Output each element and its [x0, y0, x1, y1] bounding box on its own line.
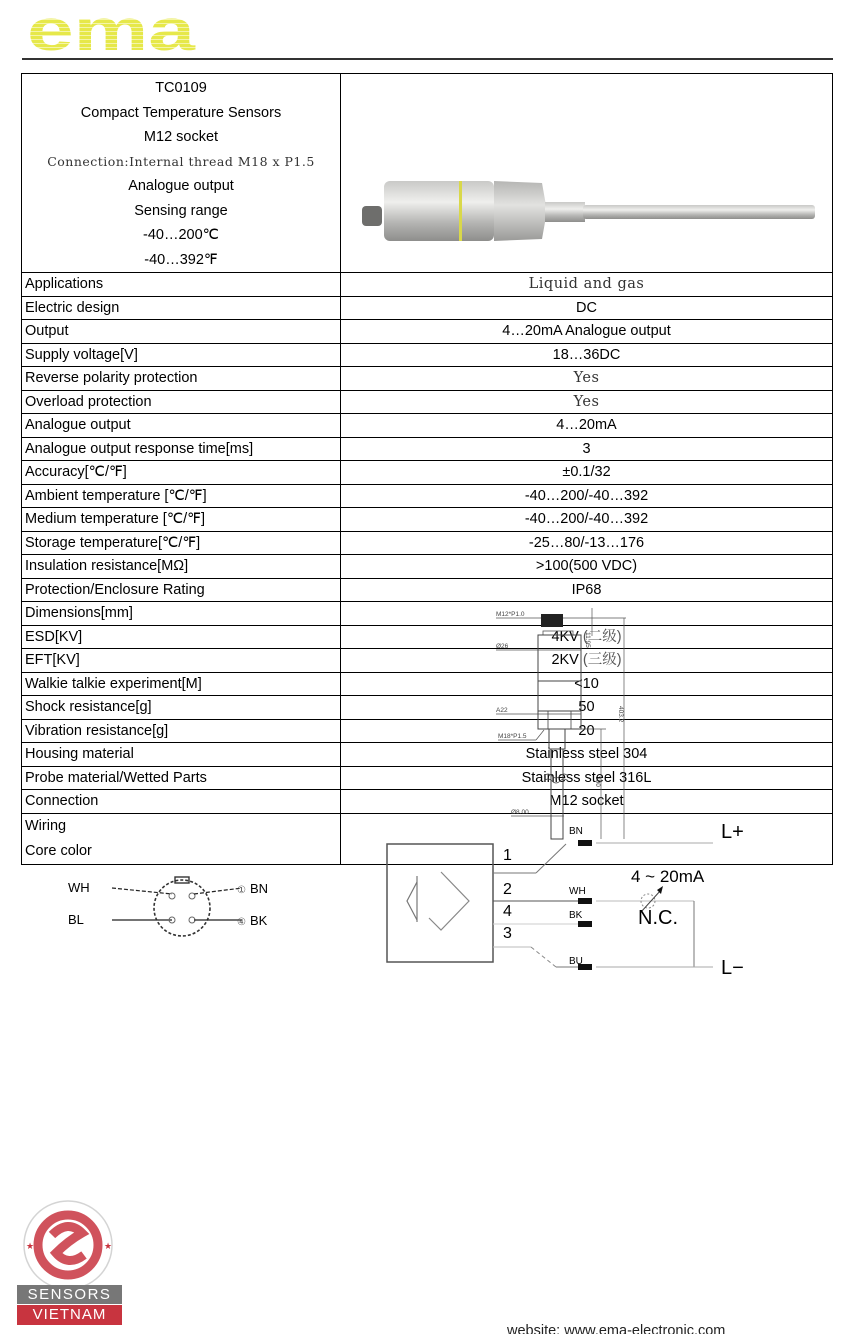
svg-text:1: 1 — [503, 847, 512, 864]
svg-text:L+: L+ — [721, 821, 744, 843]
spec-value: -40…200/-40…392 — [341, 508, 833, 532]
product-intro: TC0109 Compact Temperature Sensors M12 s… — [22, 74, 341, 273]
ema-logo: ema — [27, 8, 197, 54]
svg-text:3: 3 — [503, 925, 512, 942]
m12-connector-pinout-icon: WH BL ① BN ④ BK — [22, 866, 322, 956]
spec-label: Applications — [22, 273, 341, 297]
spec-row: Accuracy[℃/℉]±0.1/32 — [22, 461, 833, 485]
svg-text:WH: WH — [68, 880, 90, 895]
product-title: Compact Temperature Sensors — [25, 101, 337, 126]
spec-row: Analogue output response time[ms]3 — [22, 437, 833, 461]
spec-label: Accuracy[℃/℉] — [22, 461, 341, 485]
spec-label: Supply voltage[V] — [22, 343, 341, 367]
wiring-diagram-icon: 1 2 4 3 BN WH BK BU — [341, 814, 833, 986]
spec-row: Ambient temperature [℃/℉]-40…200/-40…392 — [22, 484, 833, 508]
svg-text:2: 2 — [503, 881, 512, 898]
spec-label: Walkie talkie experiment[M] — [22, 672, 341, 696]
svg-text:4 ~ 20mA: 4 ~ 20mA — [631, 867, 705, 886]
spec-value: 4…20mA — [341, 414, 833, 438]
intro-row: TC0109 Compact Temperature Sensors M12 s… — [22, 74, 833, 273]
spec-row: ConnectionM12 socket — [22, 790, 833, 814]
spec-label: EFT[KV] — [22, 649, 341, 673]
spec-row: Insulation resistance[MΩ]>100(500 VDC) — [22, 555, 833, 579]
svg-text:N.C.: N.C. — [638, 907, 678, 929]
svg-text:①: ① — [237, 885, 246, 896]
spec-label: Reverse polarity protection — [22, 367, 341, 391]
watermark-vietnam-label: VIETNAM — [17, 1305, 122, 1325]
spec-row: Storage temperature[℃/℉]-25…80/-13…176 — [22, 531, 833, 555]
spec-row: Overload protectionYes — [22, 390, 833, 414]
spec-row: Electric designDC — [22, 296, 833, 320]
spec-value: >100(500 VDC) — [341, 555, 833, 579]
header-rule — [22, 58, 833, 60]
spec-label: Probe material/Wetted Parts — [22, 766, 341, 790]
core-color-label: Core color — [25, 839, 337, 864]
range-fahrenheit: -40…392℉ — [25, 248, 337, 273]
spec-row: Vibration resistance[g]20 — [22, 719, 833, 743]
spec-row: Supply voltage[V]18…36DC — [22, 343, 833, 367]
spec-label: Overload protection — [22, 390, 341, 414]
watermark-sensors-label: SENSORS — [17, 1285, 122, 1304]
svg-text:BK: BK — [569, 910, 583, 921]
spec-row: ApplicationsLiquid and gas — [22, 273, 833, 297]
svg-text:M18*P1.5: M18*P1.5 — [498, 733, 527, 740]
svg-text:④: ④ — [237, 917, 246, 928]
range-celsius: -40…200℃ — [25, 223, 337, 248]
wiring-label: Wiring — [25, 814, 337, 839]
socket-type: M12 socket — [25, 125, 337, 150]
svg-text:A22: A22 — [496, 707, 508, 714]
spec-row: Housing materialStainless steel 304 — [22, 743, 833, 767]
connection-thread: Connection:Internal thread M18 x P1.5 — [25, 150, 337, 175]
spec-label: Insulation resistance[MΩ] — [22, 555, 341, 579]
spec-value: Yes — [341, 390, 833, 414]
svg-text:300: 300 — [594, 776, 601, 787]
spec-row: Reverse polarity protectionYes — [22, 367, 833, 391]
svg-text:★: ★ — [104, 1241, 112, 1251]
svg-text:BK: BK — [250, 913, 268, 928]
dimension-drawing-cell: M12*P1.0 11.95 Ø26 A22 M18*P1.5 — [341, 602, 833, 626]
spec-value: -40…200/-40…392 — [341, 484, 833, 508]
svg-text:WH: WH — [569, 886, 586, 897]
spec-value: 3 — [341, 437, 833, 461]
spec-label: Medium temperature [℃/℉] — [22, 508, 341, 532]
spec-row: Medium temperature [℃/℉]-40…200/-40…392 — [22, 508, 833, 532]
svg-text:M12*P1.0: M12*P1.0 — [496, 611, 525, 618]
spec-value: ±0.1/32 — [341, 461, 833, 485]
spec-value: Yes — [341, 367, 833, 391]
spec-value: 18…36DC — [341, 343, 833, 367]
wiring-label-cell: Wiring Core color WH BL ① BN ④ BK — [22, 813, 341, 864]
spec-value: Liquid and gas — [341, 273, 833, 297]
spec-label: Analogue output response time[ms] — [22, 437, 341, 461]
spec-label: Storage temperature[℃/℉] — [22, 531, 341, 555]
spec-label: Ambient temperature [℃/℉] — [22, 484, 341, 508]
spec-label: Electric design — [22, 296, 341, 320]
product-photo-cell — [341, 74, 833, 273]
spec-label: Shock resistance[g] — [22, 696, 341, 720]
spec-row: Shock resistance[g]50 — [22, 696, 833, 720]
wiring-diagram-cell: 1 2 4 3 BN WH BK BU — [341, 813, 833, 864]
spec-value: IP68 — [341, 578, 833, 602]
spec-label: Analogue output — [22, 414, 341, 438]
spec-label: ESD[KV] — [22, 625, 341, 649]
spec-value: 4…20mA Analogue output — [341, 320, 833, 344]
spec-row: Walkie talkie experiment[M]<10 — [22, 672, 833, 696]
spec-label: Housing material — [22, 743, 341, 767]
svg-text:BN: BN — [569, 826, 583, 837]
spec-label: Vibration resistance[g] — [22, 719, 341, 743]
range-label: Sensing range — [25, 199, 337, 224]
svg-text:11.95: 11.95 — [584, 632, 591, 648]
wiring-row: Wiring Core color WH BL ① BN ④ BK — [22, 813, 833, 864]
svg-text:ema: ema — [27, 8, 196, 54]
spec-value: -25…80/-13…176 — [341, 531, 833, 555]
output-type: Analogue output — [25, 174, 337, 199]
spec-label: Dimensions[mm] — [22, 602, 341, 626]
svg-text:BL: BL — [68, 912, 84, 927]
spec-row: Output4…20mA Analogue output — [22, 320, 833, 344]
svg-text:★: ★ — [26, 1241, 34, 1251]
svg-text:Ø26: Ø26 — [496, 643, 509, 650]
dimension-drawing-icon: M12*P1.0 11.95 Ø26 A22 M18*P1.5 — [486, 606, 656, 842]
spec-row: Analogue output4…20mA — [22, 414, 833, 438]
svg-text:4: 4 — [503, 903, 512, 920]
spec-label: Connection — [22, 790, 341, 814]
spec-row: Probe material/Wetted PartsStainless ste… — [22, 766, 833, 790]
model-number: TC0109 — [25, 76, 337, 101]
svg-text:BN: BN — [250, 881, 268, 896]
svg-text:L−: L− — [721, 957, 744, 979]
spec-row: ESD[KV]4KV (二级) — [22, 625, 833, 649]
spec-row: Protection/Enclosure RatingIP68 — [22, 578, 833, 602]
sensors-vietnam-seal-icon: ★ ★ — [16, 1197, 126, 1297]
spec-row: EFT[KV]2KV (三级) — [22, 649, 833, 673]
spec-label: Protection/Enclosure Rating — [22, 578, 341, 602]
spec-table: TC0109 Compact Temperature Sensors M12 s… — [21, 73, 833, 865]
spec-value: DC — [341, 296, 833, 320]
svg-text:403.2: 403.2 — [617, 706, 624, 723]
temperature-sensor-photo-icon — [357, 178, 817, 268]
ema-logo-graphic: ema — [27, 8, 197, 54]
website-footer: website: www.ema-electronic.com — [507, 1323, 725, 1334]
spec-label: Output — [22, 320, 341, 344]
dimensions-row: Dimensions[mm] M12*P1.0 11.95 Ø26 A22 — [22, 602, 833, 626]
